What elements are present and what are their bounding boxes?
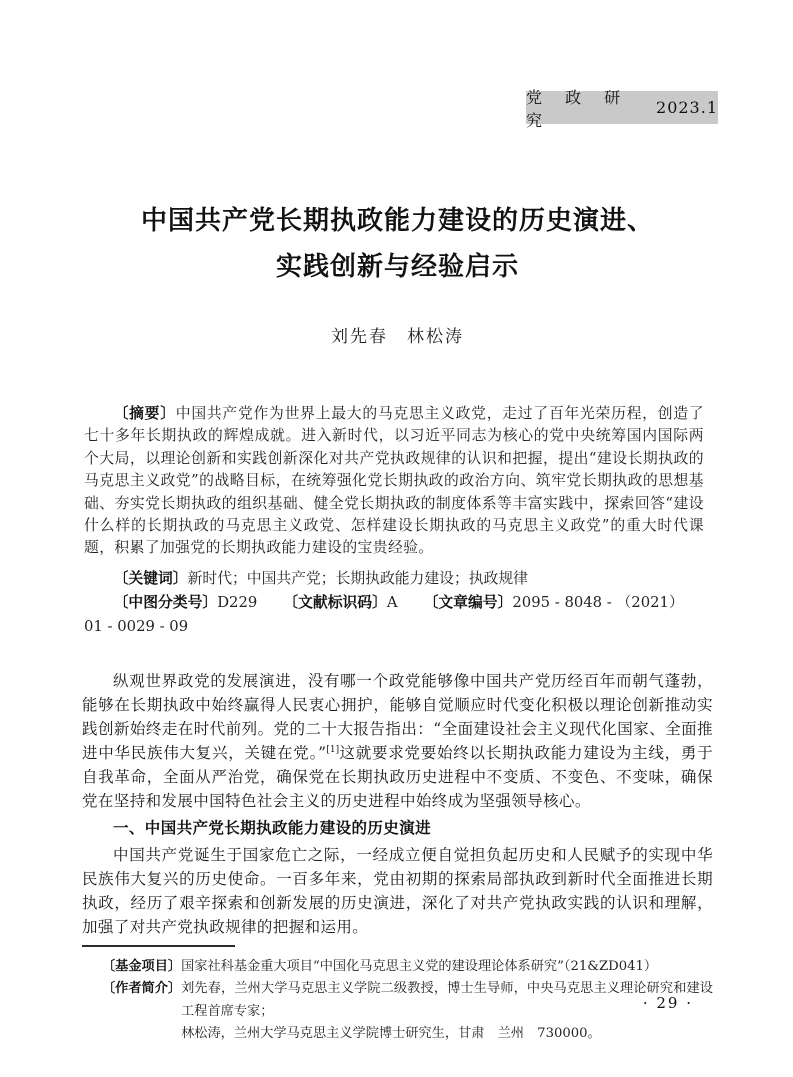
- meta-row: 〔中图分类号〕D229〔文献标识码〕A〔文章编号〕2095 - 8048 - （…: [84, 591, 704, 639]
- bio-line-1: 刘先春，兰州大学马克思主义学院二级教授，博士生导师，中央马克思主义理论研究和建设…: [181, 978, 713, 1023]
- journal-page: 党 政 研 究 2023.1 中国共产党长期执政能力建设的历史演进、 实践创新与…: [0, 0, 793, 1077]
- keywords-row: 〔关键词〕新时代；中国共产党；长期执政能力建设；执政规律: [84, 567, 704, 591]
- clc-label: 〔中图分类号〕: [114, 594, 218, 611]
- keywords-label: 〔关键词〕: [114, 570, 188, 587]
- section-heading-1: 一、中国共产党长期执政能力建设的历史演进: [82, 816, 713, 840]
- bio-label: 〔作者简介〕: [102, 978, 181, 1046]
- fund-note: 〔基金项目〕 国家社科基金重大项目“中国化马克思主义党的建设理论体系研究”（21…: [82, 956, 713, 979]
- page-content: 中国共产党长期执政能力建设的历史演进、 实践创新与经验启示 刘先春 林松涛 〔摘…: [82, 0, 713, 1046]
- reference-marker-1: [1]: [326, 745, 339, 755]
- doc-code-value: A: [387, 594, 398, 611]
- abstract-label: 〔摘要〕: [114, 405, 176, 422]
- author-bio-note: 〔作者简介〕 刘先春，兰州大学马克思主义学院二级教授，博士生导师，中央马克思主义…: [82, 978, 713, 1046]
- page-number: · 29 ·: [643, 994, 693, 1012]
- abstract-section: 〔摘要〕中国共产党作为世界上最大的马克思主义政党，走过了百年光荣历程，创造了七十…: [84, 403, 704, 639]
- abstract-text: 中国共产党作为世界上最大的马克思主义政党，走过了百年光荣历程，创造了七十多年长期…: [84, 405, 704, 556]
- body-paragraph-2: 中国共产党诞生于国家危亡之际，一经成立便自觉担负起历史和人民赋予的实现中华民族伟…: [82, 843, 713, 939]
- article-body: 纵观世界政党的发展演进，没有哪一个政党能够像中国共产党历经百年而朝气蓬勃，能够在…: [82, 669, 713, 939]
- clc-value: D229: [217, 594, 257, 611]
- article-title: 中国共产党长期执政能力建设的历史演进、 实践创新与经验启示: [82, 198, 713, 290]
- bio-text: 刘先春，兰州大学马克思主义学院二级教授，博士生导师，中央马克思主义理论研究和建设…: [181, 978, 713, 1046]
- footnote-section: 〔基金项目〕 国家社科基金重大项目“中国化马克思主义党的建设理论体系研究”（21…: [82, 945, 713, 1046]
- fund-text: 国家社科基金重大项目“中国化马克思主义党的建设理论体系研究”（21&ZD041）: [181, 956, 713, 979]
- abstract-paragraph: 〔摘要〕中国共产党作为世界上最大的马克思主义政党，走过了百年光荣历程，创造了七十…: [84, 403, 704, 560]
- footnote-divider: [82, 945, 235, 947]
- doc-code-label: 〔文献标识码〕: [283, 594, 387, 611]
- authors: 刘先春 林松涛: [82, 322, 713, 347]
- fund-label: 〔基金项目〕: [102, 956, 181, 979]
- body-paragraph-1: 纵观世界政党的发展演进，没有哪一个政党能够像中国共产党历经百年而朝气蓬勃，能够在…: [82, 669, 713, 813]
- article-id-label: 〔文章编号〕: [424, 594, 513, 611]
- keywords-text: 新时代；中国共产党；长期执政能力建设；执政规律: [188, 570, 528, 587]
- bio-line-2: 林松涛，兰州大学马克思主义学院博士研究生，甘肃 兰州 730000。: [181, 1023, 713, 1046]
- title-line-1: 中国共产党长期执政能力建设的历史演进、: [141, 206, 654, 236]
- title-line-2: 实践创新与经验启示: [276, 252, 519, 282]
